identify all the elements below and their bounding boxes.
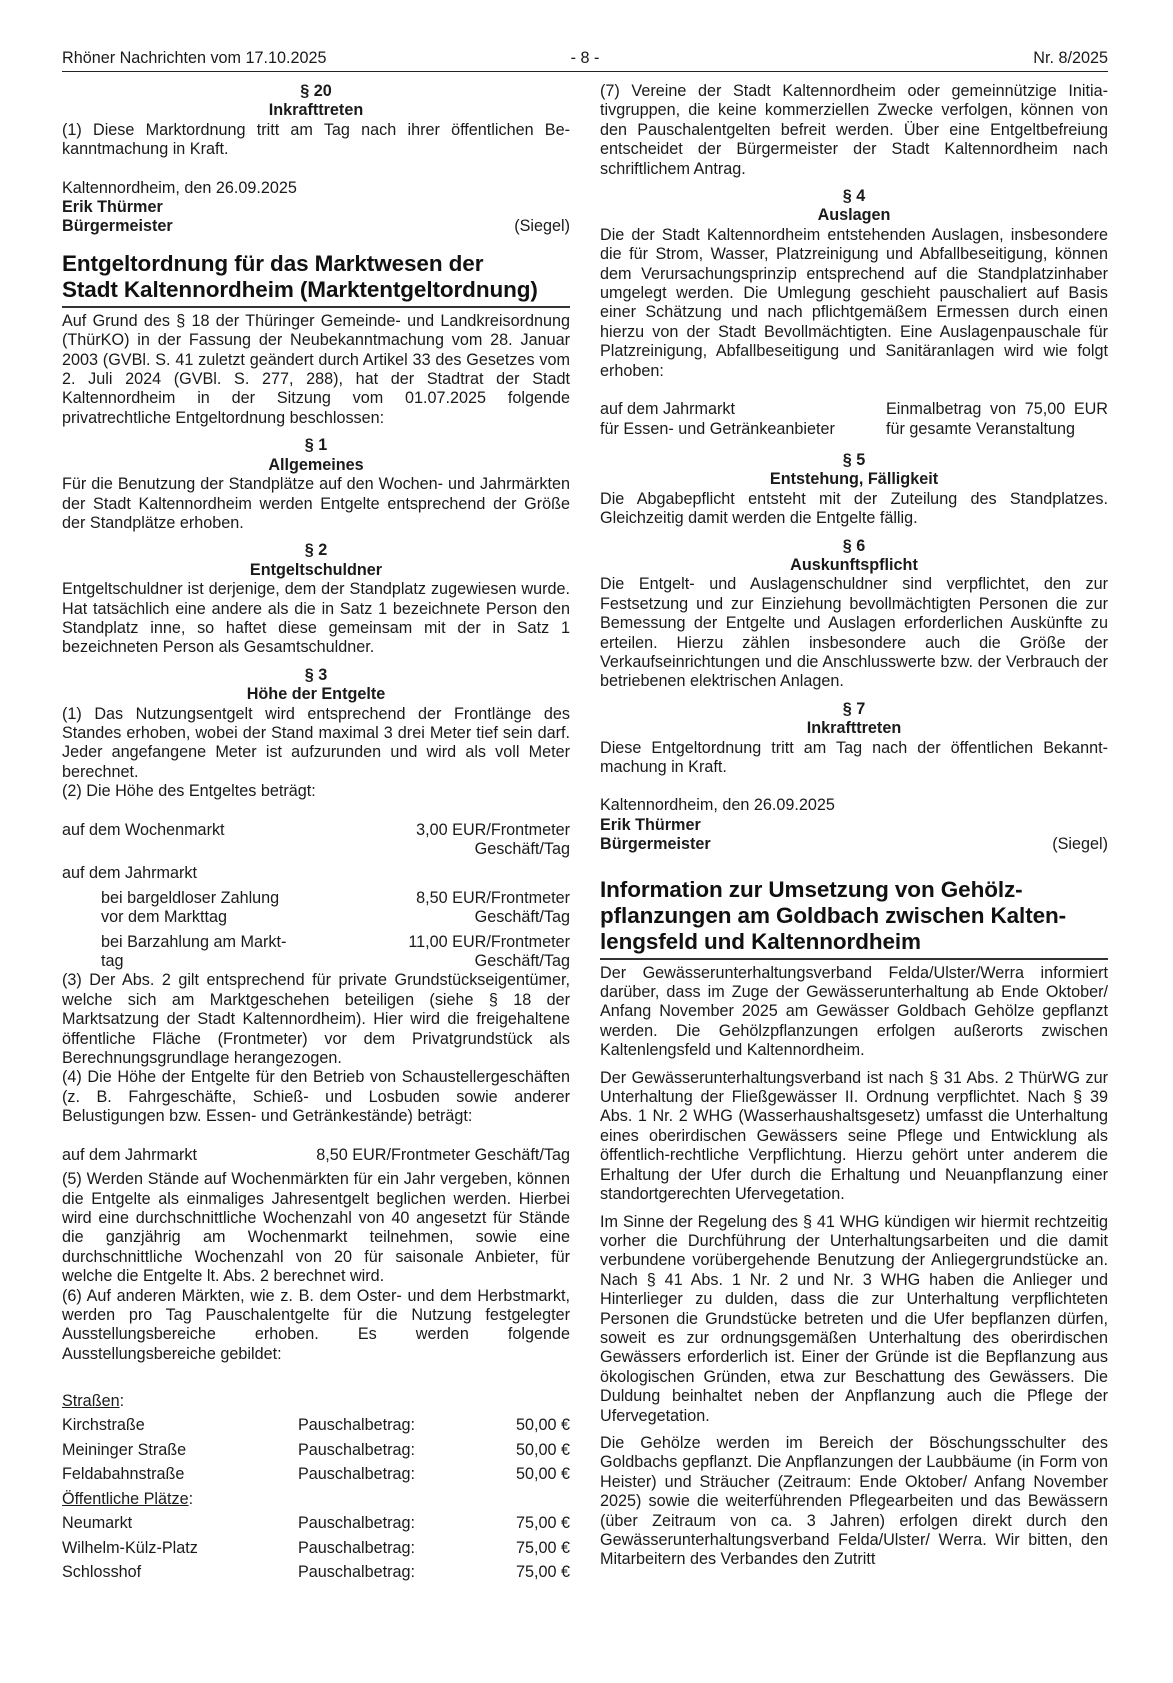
area-amount: 75,00 € (480, 1563, 570, 1582)
fee-amount: Einmalbetrag von 75,00 EUR für gesamte V… (886, 400, 1108, 439)
signature-block: Kaltennordheim, den 26.09.2025 Erik Thür… (600, 796, 1108, 854)
section-title: Höhe der Entgelte (62, 685, 570, 704)
area-label: Pauschalbetrag: (298, 1563, 480, 1582)
area-row: Neumarkt Pauschalbetrag: 75,00 € (62, 1512, 570, 1537)
area-name: Schlosshof (62, 1563, 298, 1582)
article-intro: Auf Grund des § 18 der Thüringer Gemeind… (62, 312, 570, 428)
page-header: Rhöner Nachrichten vom 17.10.2025 - 8 - … (62, 48, 1108, 72)
expense-fee-row: auf dem Jahrmarkt für Essen- und Getränk… (600, 400, 1108, 439)
paragraph-3: (3) Der Abs. 2 gilt entsprechend für pri… (62, 971, 570, 1068)
fee-amount: 8,50 EUR/Frontmeter Geschäft/Tag (316, 1146, 570, 1165)
section-4: § 4 Auslagen Die der Stadt Kaltennordhei… (600, 187, 1108, 439)
section-2: § 2 Entgeltschuldner Entgeltschuldner is… (62, 541, 570, 657)
paragraph-7: (7) Vereine der Stadt Kaltennordheim ode… (600, 82, 1108, 179)
info-paragraph-3: Im Sinne der Regelung des § 41 WHG kündi… (600, 1213, 1108, 1426)
fee-row-wochenmarkt: auf dem Wochenmarkt 3,00 EUR/Frontmeter … (62, 821, 570, 860)
section-text: Die Entgelt- und Auslagenschuldner sind … (600, 575, 1108, 691)
info-paragraph-1: Der Gewässerunterhaltungsverband Felda/U… (600, 964, 1108, 1061)
area-row: Kirchstraße Pauschalbetrag: 50,00 € (62, 1414, 570, 1439)
area-row: Schlosshof Pauschalbetrag: 75,00 € (62, 1561, 570, 1586)
area-amount: 75,00 € (480, 1514, 570, 1533)
section-title: Auskunftspflicht (600, 556, 1108, 575)
area-label: Pauschalbetrag: (298, 1416, 480, 1435)
article-title-entgeltordnung: Entgeltordnung für das Marktwesen der St… (62, 251, 570, 308)
area-label: Pauschalbetrag: (298, 1465, 480, 1484)
page-number: - 8 - (571, 48, 600, 68)
issue-number: Nr. 8/2025 (1033, 48, 1108, 68)
section-title: Entgeltschuldner (62, 561, 570, 580)
section-number: § 2 (62, 541, 570, 560)
signatory-name: Erik Thürmer (62, 198, 570, 217)
section-number: § 4 (600, 187, 1108, 206)
section-number: § 6 (600, 537, 1108, 556)
seal-note: (Siegel) (1052, 835, 1108, 854)
area-row: Meininger Straße Pauschalbetrag: 50,00 € (62, 1438, 570, 1463)
paragraph-5: (5) Werden Stände auf Wochenmärkten für … (62, 1170, 570, 1286)
signature-block: Kaltennordheim, den 26.09.2025 Erik Thür… (62, 179, 570, 237)
section-text: (1) Diese Marktordnung tritt am Tag nach… (62, 121, 570, 160)
signatory-role: Bürgermeister (62, 217, 173, 236)
seal-note: (Siegel) (514, 217, 570, 236)
section-7: § 7 Inkrafttreten Diese Entgeltordnung t… (600, 700, 1108, 778)
fee-label-jahrmarkt: auf dem Jahrmarkt (62, 864, 570, 883)
article-title-line: Stadt Kaltennordheim (Marktentgeltordnun… (62, 277, 570, 303)
area-amount: 50,00 € (480, 1465, 570, 1484)
fee-amount: 8,50 EUR/Frontmeter Geschäft/Tag (416, 889, 570, 928)
info-paragraph-2: Der Gewässerunterhaltungsverband ist nac… (600, 1069, 1108, 1205)
area-name: Wilhelm-Külz-Platz (62, 1539, 298, 1558)
section-number: § 5 (600, 451, 1108, 470)
fee-label: auf dem Jahrmarkt (62, 1146, 197, 1165)
area-amount: 75,00 € (480, 1539, 570, 1558)
area-label: Pauschalbetrag: (298, 1539, 480, 1558)
signatory-name: Erik Thürmer (600, 816, 1108, 835)
fee-label: bei bargeldloser Zahlung vor dem Marktta… (101, 889, 279, 928)
area-label: Pauschalbetrag: (298, 1441, 480, 1460)
streets-heading: Straßen: (62, 1392, 298, 1411)
fee-amount: 3,00 EUR/Frontmeter Geschäft/Tag (416, 821, 570, 860)
fee-row-bargeldlos: bei bargeldloser Zahlung vor dem Marktta… (62, 889, 570, 928)
area-name: Neumarkt (62, 1514, 298, 1533)
section-title: Allgemeines (62, 456, 570, 475)
area-label: Pauschalbetrag: (298, 1514, 480, 1533)
area-row: Wilhelm-Külz-Platz Pauschalbetrag: 75,00… (62, 1536, 570, 1561)
fee-row-schausteller: auf dem Jahrmarkt 8,50 EUR/Frontmeter Ge… (62, 1146, 570, 1165)
exhibition-areas-table: Straßen: Kirchstraße Pauschalbetrag: 50,… (62, 1389, 570, 1585)
section-title: Entstehung, Fälligkeit (600, 470, 1108, 489)
fee-table: auf dem Wochenmarkt 3,00 EUR/Frontmeter … (62, 821, 570, 972)
area-row: Feldabahnstraße Pauschalbetrag: 50,00 € (62, 1463, 570, 1488)
article-title-information: Information zur Umsetzung von Gehölz­pfl… (600, 877, 1108, 960)
area-name: Kirchstraße (62, 1416, 298, 1435)
section-title: Auslagen (600, 206, 1108, 225)
squares-heading: Öffentliche Plätze: (62, 1490, 298, 1509)
section-number: § 20 (62, 82, 570, 101)
section-3: § 3 Höhe der Entgelte (1) Das Nutzungsen… (62, 666, 570, 1585)
area-name: Meininger Straße (62, 1441, 298, 1460)
fee-label: auf dem Wochenmarkt (62, 821, 225, 860)
right-column: (7) Vereine der Stadt Kaltennordheim ode… (600, 82, 1108, 1570)
section-text: Entgeltschuldner ist derjenige, dem der … (62, 580, 570, 658)
fee-row-barzahlung: bei Barzahlung am Markt- tag 11,00 EUR/F… (62, 933, 570, 972)
fee-label: bei Barzahlung am Markt- tag (101, 933, 286, 972)
paragraph-4: (4) Die Höhe der Entgelte für den Betrie… (62, 1068, 570, 1126)
area-amount: 50,00 € (480, 1441, 570, 1460)
section-text: Diese Entgeltordnung tritt am Tag nach d… (600, 739, 1108, 778)
section-number: § 7 (600, 700, 1108, 719)
section-title: Inkrafttreten (62, 101, 570, 120)
section-text: Die Abgabepflicht entsteht mit der Zutei… (600, 490, 1108, 529)
section-6: § 6 Auskunftspflicht Die Entgelt- und Au… (600, 537, 1108, 692)
section-number: § 3 (62, 666, 570, 685)
section-5: § 5 Entstehung, Fälligkeit Die Abgabepfl… (600, 451, 1108, 529)
publication-title: Rhöner Nachrichten vom 17.10.2025 (62, 48, 327, 68)
signatory-role: Bürgermeister (600, 835, 711, 854)
left-column: § 20 Inkrafttreten (1) Diese Marktordnun… (62, 82, 570, 1585)
area-name: Feldabahnstraße (62, 1465, 298, 1484)
section-number: § 1 (62, 436, 570, 455)
section-title: Inkrafttreten (600, 719, 1108, 738)
paragraph-2: (2) Die Höhe des Entgeltes beträgt: (62, 782, 570, 801)
paragraph-6: (6) Auf anderen Märkten, wie z. B. dem O… (62, 1287, 570, 1365)
place-date: Kaltennordheim, den 26.09.2025 (600, 796, 1108, 815)
fee-amount: 11,00 EUR/Frontmeter Geschäft/Tag (408, 933, 570, 972)
section-text: Für die Benutzung der Standplätze auf de… (62, 475, 570, 533)
fee-label: auf dem Jahrmarkt für Essen- und Getränk… (600, 400, 886, 439)
section-text: Die der Stadt Kaltennordheim entstehende… (600, 226, 1108, 381)
section-1: § 1 Allgemeines Für die Benutzung der St… (62, 436, 570, 533)
info-paragraph-4: Die Gehölze werden im Bereich der Böschu… (600, 1434, 1108, 1570)
area-amount: 50,00 € (480, 1416, 570, 1435)
section-20: § 20 Inkrafttreten (1) Diese Marktordnun… (62, 82, 570, 160)
place-date: Kaltennordheim, den 26.09.2025 (62, 179, 570, 198)
article-title-line: Entgeltordnung für das Marktwesen der (62, 251, 570, 277)
paragraph-1: (1) Das Nutzungsentgelt wird entsprechen… (62, 705, 570, 783)
